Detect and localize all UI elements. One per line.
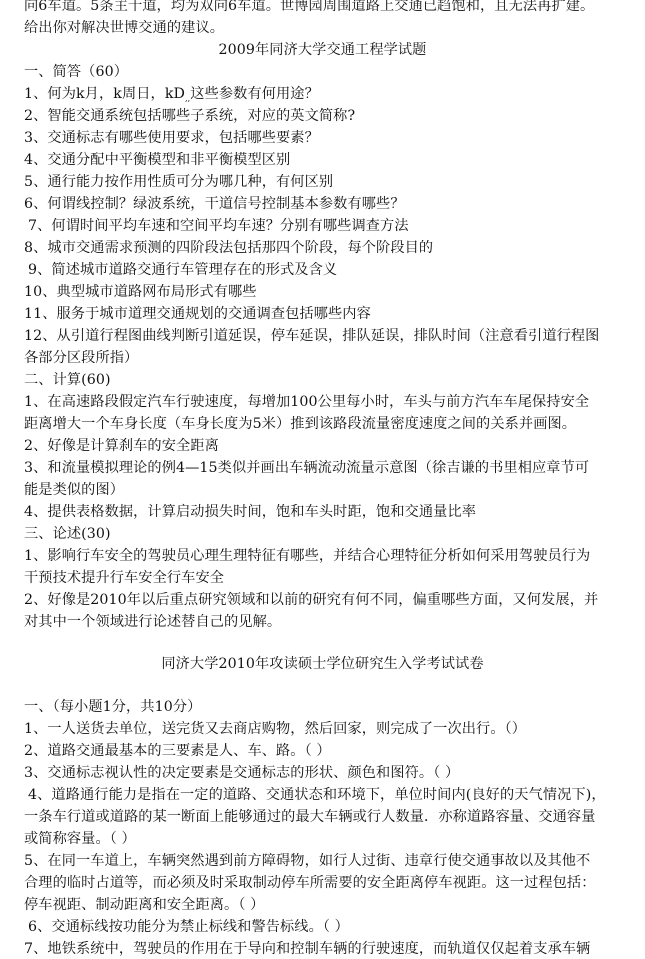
exam-2010-title: 同济大学2010年攻读硕士学位研究生入学考试试卷 [0,654,645,674]
calc-question-3-line-2: 能是类似的图） [24,480,124,500]
essay-question-2-line-2: 对其中一个领域进行论述替自己的见解。 [24,612,281,632]
intro-line-2: 给出你对解决世博交通的建议。 [24,18,224,38]
question-4: 4、交通分配中平衡模型和非平衡模型区别 [24,150,290,170]
question-7: 7、何谓时间平均车速和空间平均车速？分别有哪些调查方法 [28,216,409,236]
exam-2009-title: 2009年同济大学交通工程学试题 [0,40,645,60]
question-12-line-2: 各部分区段所指） [24,348,138,368]
essay-question-1-line-1: 1、影响行车安全的驾驶员心理生理特征有哪些，并结合心理特征分析如何采用驾驶员行为 [24,546,590,566]
tf-question-4-line-3: 或简称容量。（ ） [24,829,136,849]
tf-question-2: 2、道路交通最基本的三要素是人、车、路。（ ） [24,741,331,761]
question-2: 2、智能交通系统包括哪些子系统，对应的英文简称? [24,106,355,126]
question-8: 8、城市交通需求预测的四阶段法包括那四个阶段，每个阶段目的 [24,238,433,258]
calc-question-1-line-1: 1、在高速路段假定汽车行驶速度，每增加100公里每小时，车头与前方汽车车尾保持安… [24,392,589,412]
calc-question-2: 2、好像是计算刹车的安全距离 [24,436,219,456]
question-5: 5、通行能力按作用性质可分为哪几种，有何区别 [24,172,333,192]
tf-question-3: 3、交通标志视认性的决定要素是交通标志的形状、颜色和图符。（ ） [24,763,459,783]
question-9: 9、简述城市道路交通行车管理存在的形式及含义 [28,260,337,280]
question-10: 10、典型城市道路网布局形式有哪些 [24,282,257,302]
tf-question-5-line-2: 合理的临时占道等，而必须及时采取制动停车所需要的安全距离停车视距。这一过程包括： [24,873,596,893]
exam-2010-section-1-heading: 一、（每小题1分，共10分） [24,697,201,717]
question-1-text-end: 这些参数有何用途？ [190,86,319,102]
section-3-heading: 三、论述(30) [24,524,111,544]
calc-question-1-line-2: 距离增大一个车身长度（车身长度为5米）推到该路段流量密度速度之间的关系并画图。 [24,414,576,434]
essay-question-2-line-1: 2、好像是2010年以后重点研究领域和以前的研究有何不同，偏重哪些方面，又何发展… [24,590,598,610]
question-1-text: 1、何为k月，k周日，kD [24,86,185,102]
question-12-line-1: 12、从引道行程图曲线判断引道延误，停车延误，排队延误，排队时间（注意看引道行程… [24,326,599,346]
calc-question-4: 4、提供表格数据，计算启动损失时间，饱和车头时距，饱和交通量比率 [24,502,476,522]
tf-question-4-line-1: 4、道路通行能力是指在一定的道路、交通状态和环境下，单位时间内(良好的天气情况下… [28,785,606,805]
tf-question-5-line-1: 5、在同一车道上，车辆突然遇到前方障碍物，如行人过街、违章行使交通事故以及其他不 [24,851,590,871]
section-1-heading: 一、简答（60） [24,62,128,82]
question-3: 3、交通标志有哪些使用要求，包括哪些要素？ [24,128,319,148]
question-6: 6、何谓线控制？绿波系统，干道信号控制基本参数有哪些？ [24,194,405,214]
intro-line-1: 向6车道。5条主干道，均为双向6车道。世博园周围道路上交通已趋饱和，且无法再扩建… [24,0,594,16]
tf-question-5-line-3: 停车视距、制动距离和安全距离。（ ） [24,895,264,915]
tf-question-4-line-2: 一条车行道或道路的某一断面上能够通过的最大车辆或行人数量．亦称道路容量、交通容量 [24,807,596,827]
tf-question-6: 6、交通标线按功能分为禁止标线和警告标线。（ ） [28,917,349,937]
question-11: 11、服务于城市道理交通规划的交通调查包括哪些内容 [24,304,371,324]
calc-question-3-line-1: 3、和流量模拟理论的例4—15类似并画出车辆流动流量示意图（徐吉谦的书里相应章节… [24,458,589,478]
tf-question-7: 7、地铁系统中，驾驶员的作用在于导向和控制车辆的行驶速度，而轨道仅仅起着支承车辆 [24,939,590,959]
tf-question-1: 1、一人送货去单位，送完货又去商店购物，然后回家，则完成了一次出行。（） [24,719,526,739]
section-2-heading: 二、计算(60) [24,370,111,390]
essay-question-1-line-2: 干预技术提升行车安全行车安全 [24,568,224,588]
